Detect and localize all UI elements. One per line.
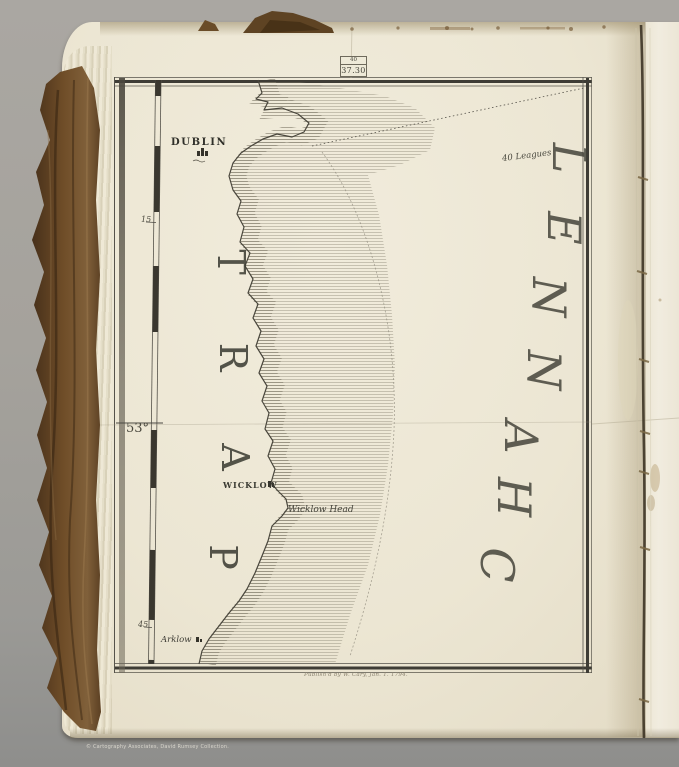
channel-letter-l: L [546, 143, 592, 174]
channel-letter-n1: N [521, 350, 567, 390]
plate-number-top: 40 [341, 57, 366, 65]
scanned-atlas-page: 40 37.30 DUBLIN WICKLOW Wicklow Head Ark… [0, 0, 679, 767]
book-stitching [636, 25, 651, 738]
cape-label-wicklow-head: Wicklow Head [288, 505, 354, 515]
town-label-arklow: Arklow [161, 635, 191, 645]
publisher-imprint: Publish'd by W. Cary, Jan. 1. 1794. [304, 672, 408, 678]
channel-letter-a: A [498, 420, 544, 453]
channel-letter-e: E [541, 211, 587, 245]
latitude-label-53: 53° [126, 421, 149, 436]
dublin-city-icon [193, 148, 208, 162]
part-letter-t: T [212, 249, 250, 274]
channel-letter-c: C [474, 547, 520, 582]
part-letter-r: R [214, 343, 252, 372]
map-engraving [0, 0, 679, 767]
torn-paper-debris [198, 11, 606, 33]
plate-number-box: 40 37.30 [340, 56, 367, 77]
plate-number-main: 37.30 [341, 65, 366, 76]
latitude-tick-45: 45 [138, 620, 148, 629]
binding-torn-edge [32, 66, 101, 731]
channel-letter-h: H [491, 477, 537, 517]
city-label-dublin: DUBLIN [171, 137, 227, 148]
part-letter-p: P [204, 544, 242, 570]
town-label-wicklow: WICKLOW [223, 480, 278, 490]
part-letter-a: A [216, 443, 254, 470]
channel-letter-n2: N [526, 277, 572, 317]
latitude-tick-15: 15 [141, 215, 151, 224]
watermark-copyright: © Cartography Associates, David Rumsey C… [86, 744, 229, 750]
arklow-town-icon [196, 637, 202, 642]
